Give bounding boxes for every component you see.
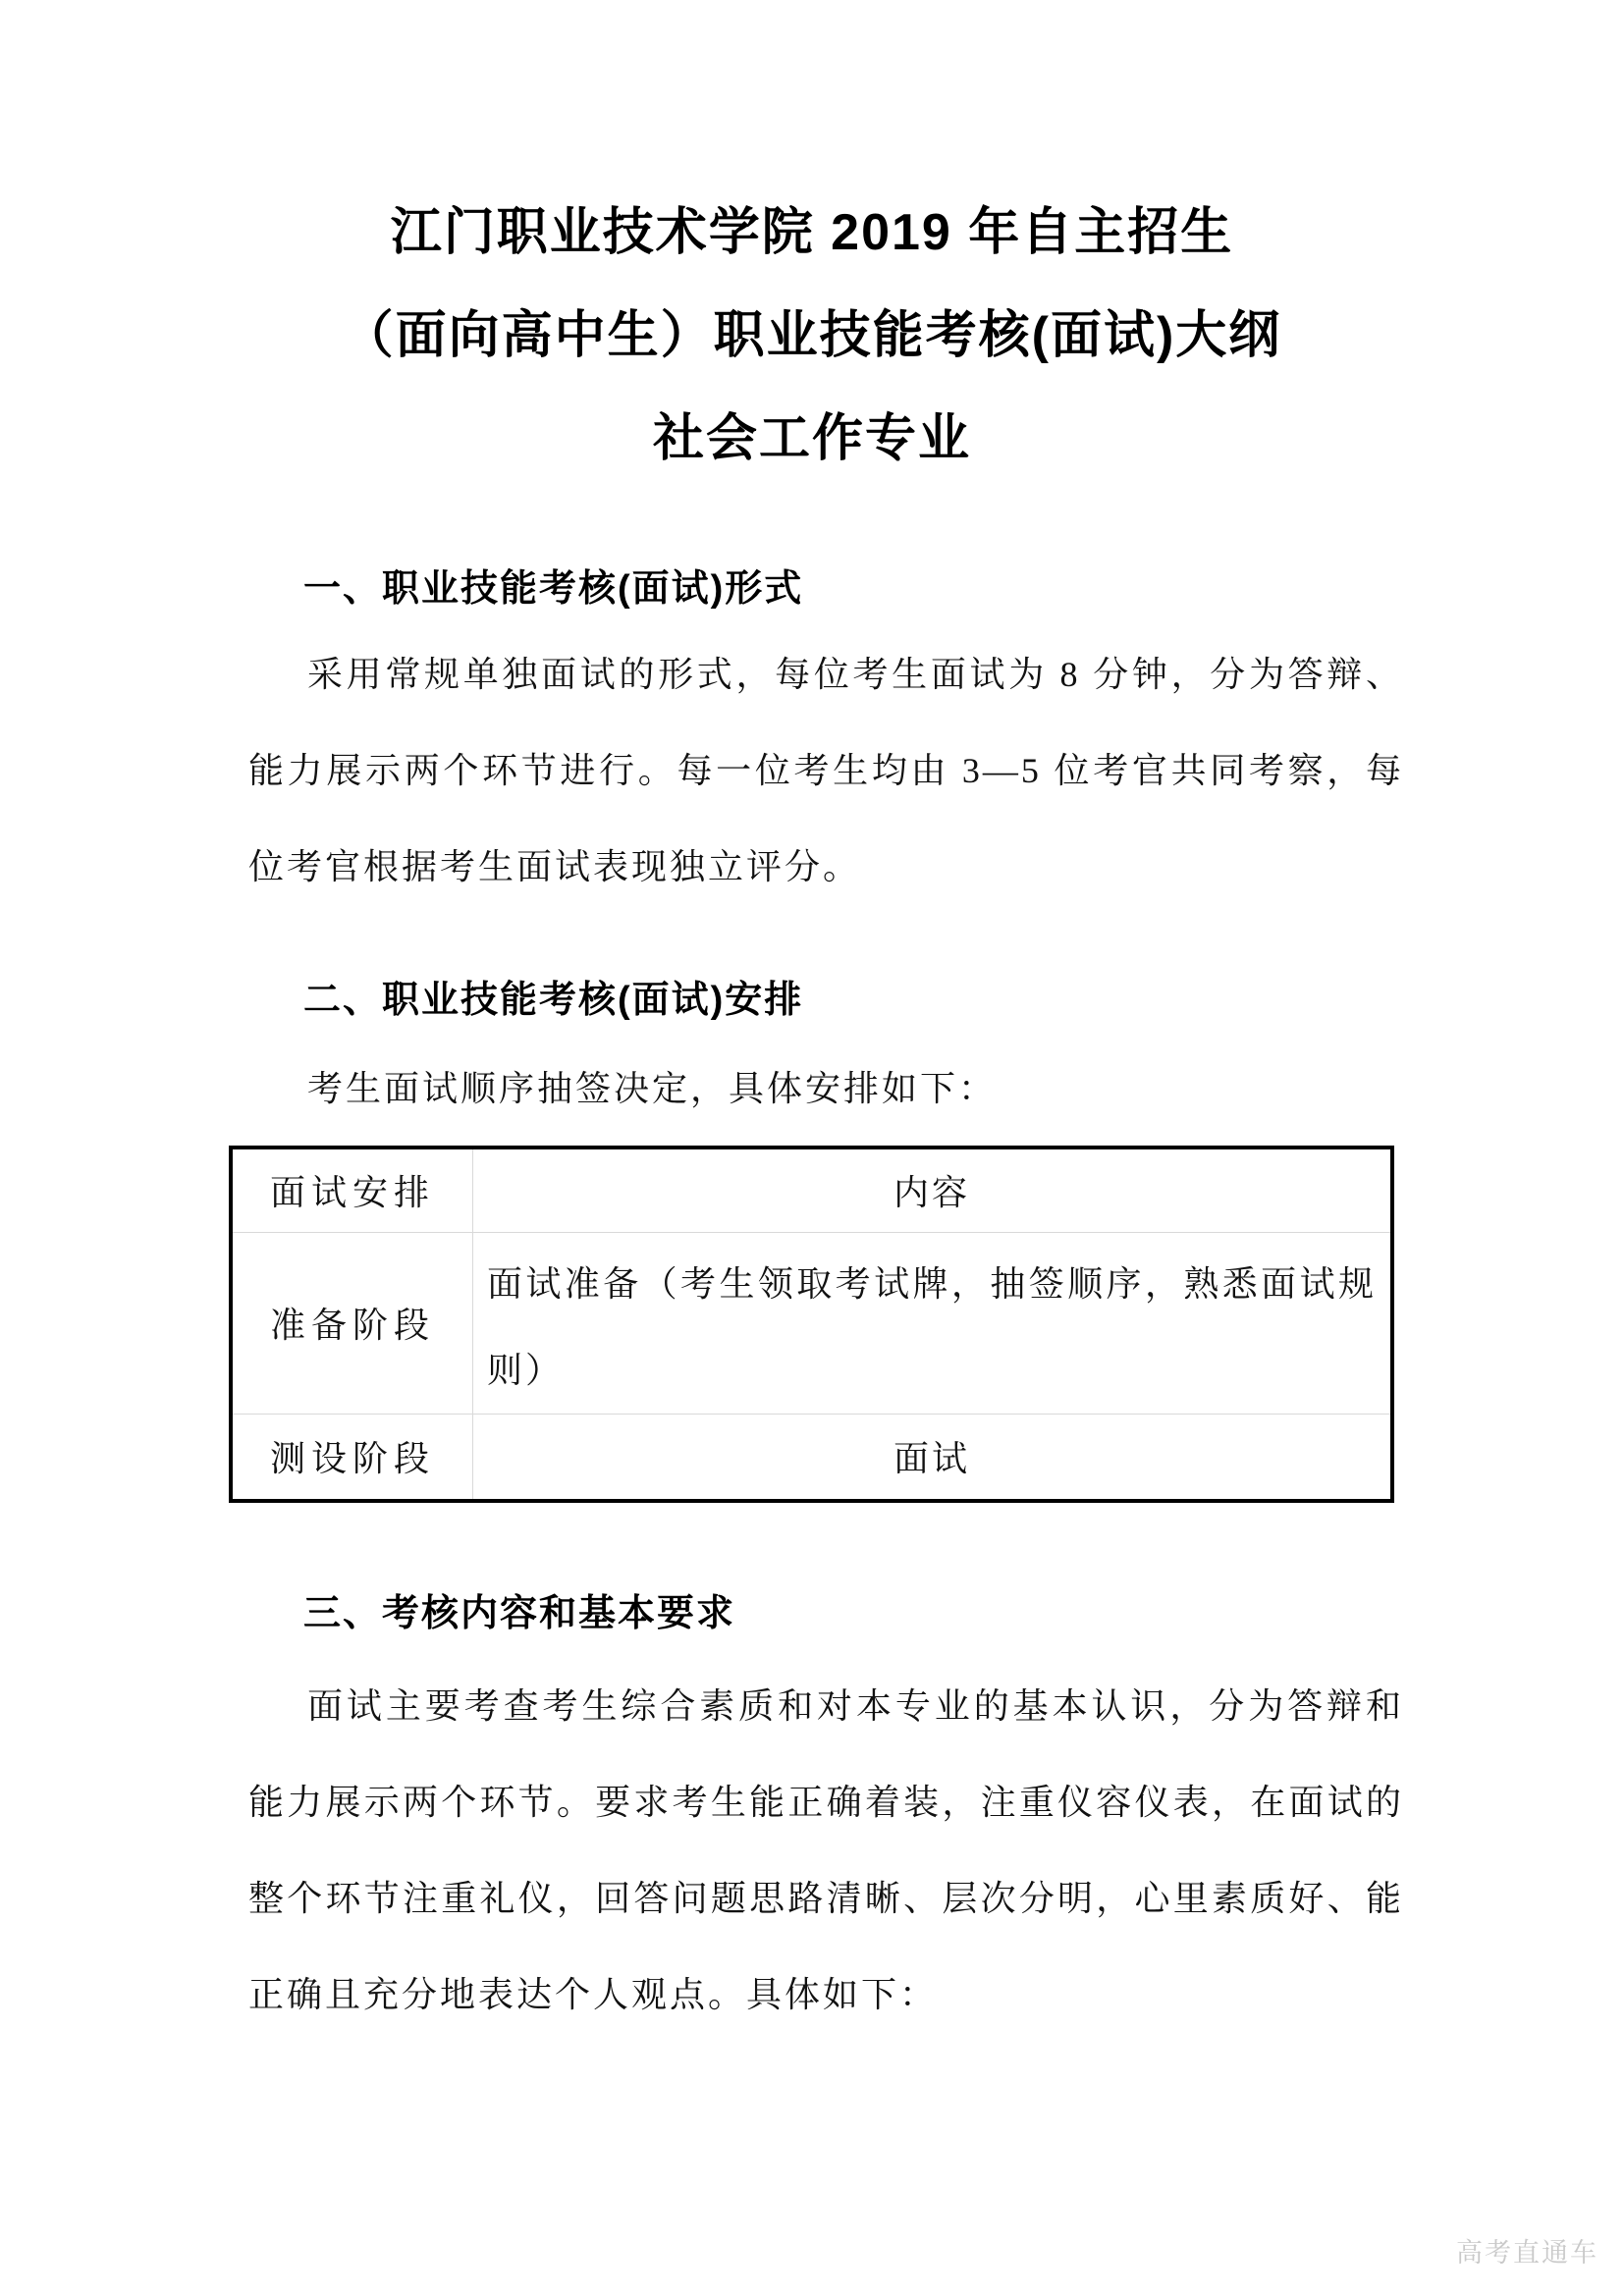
section-1-heading: 一、职业技能考核(面试)形式 xyxy=(248,560,1404,618)
table-row: 测设阶段 面试 xyxy=(231,1414,1392,1501)
title-line-2: （面向高中生）职业技能考核(面试)大纲 xyxy=(0,285,1624,388)
paragraph-line: 面试主要考查考生综合素质和对本专业的基本认识，分为答辩和 xyxy=(248,1658,1404,1754)
section-3-paragraph: 面试主要考查考生综合素质和对本专业的基本认识，分为答辩和 能力展示两个环节。要求… xyxy=(248,1658,1404,2043)
table-cell-stage: 测设阶段 xyxy=(231,1414,473,1501)
section-1-paragraph: 采用常规单独面试的形式，每位考生面试为 8 分钟，分为答辩、 能力展示两个环节进… xyxy=(248,626,1404,915)
paragraph-line: 能力展示两个环节进行。每一位考生均由 3—5 位考官共同考察，每 xyxy=(248,722,1404,819)
watermark: 高考直通车 xyxy=(1456,2231,1598,2269)
paragraph-line: 整个环节注重礼仪，回答问题思路清晰、层次分明，心里素质好、能 xyxy=(248,1850,1404,1947)
table-header-stage: 面试安排 xyxy=(231,1148,473,1232)
table-header-row: 面试安排 内容 xyxy=(231,1148,1392,1232)
paragraph-line: 考生面试顺序抽签决定，具体安排如下： xyxy=(248,1054,1404,1123)
table-cell-content: 面试准备（考生领取考试牌，抽签顺序，熟悉面试规 则） xyxy=(473,1232,1393,1414)
document-title: 江门职业技术学院 2019 年自主招生 （面向高中生）职业技能考核(面试)大纲 … xyxy=(0,182,1624,491)
document-body: 一、职业技能考核(面试)形式 采用常规单独面试的形式，每位考生面试为 8 分钟，… xyxy=(0,560,1624,2043)
paragraph-line: 正确且充分地表达个人观点。具体如下： xyxy=(248,1947,1404,2043)
interview-schedule-table: 面试安排 内容 准备阶段 面试准备（考生领取考试牌，抽签顺序，熟悉面试规 则） … xyxy=(229,1146,1394,1503)
table-row: 准备阶段 面试准备（考生领取考试牌，抽签顺序，熟悉面试规 则） xyxy=(231,1232,1392,1414)
section-2-paragraph: 考生面试顺序抽签决定，具体安排如下： xyxy=(248,1054,1404,1123)
title-line-1: 江门职业技术学院 2019 年自主招生 xyxy=(0,182,1624,285)
table-cell-line: 面试准备（考生领取考试牌，抽签顺序，熟悉面试规 xyxy=(487,1241,1377,1327)
paragraph-line: 采用常规单独面试的形式，每位考生面试为 8 分钟，分为答辩、 xyxy=(248,626,1404,722)
section-3-heading: 三、考核内容和基本要求 xyxy=(248,1584,1404,1643)
title-line-3: 社会工作专业 xyxy=(0,388,1624,491)
table-cell-line: 则） xyxy=(487,1327,1377,1414)
paragraph-line: 能力展示两个环节。要求考生能正确着装，注重仪容仪表，在面试的 xyxy=(248,1754,1404,1850)
section-2-heading: 二、职业技能考核(面试)安排 xyxy=(248,971,1404,1030)
paragraph-line: 位考官根据考生面试表现独立评分。 xyxy=(248,819,1404,915)
table-header-content: 内容 xyxy=(473,1148,1393,1232)
table-cell-content: 面试 xyxy=(473,1414,1393,1501)
table-cell-stage: 准备阶段 xyxy=(231,1232,473,1414)
document-page: 江门职业技术学院 2019 年自主招生 （面向高中生）职业技能考核(面试)大纲 … xyxy=(0,0,1624,2296)
